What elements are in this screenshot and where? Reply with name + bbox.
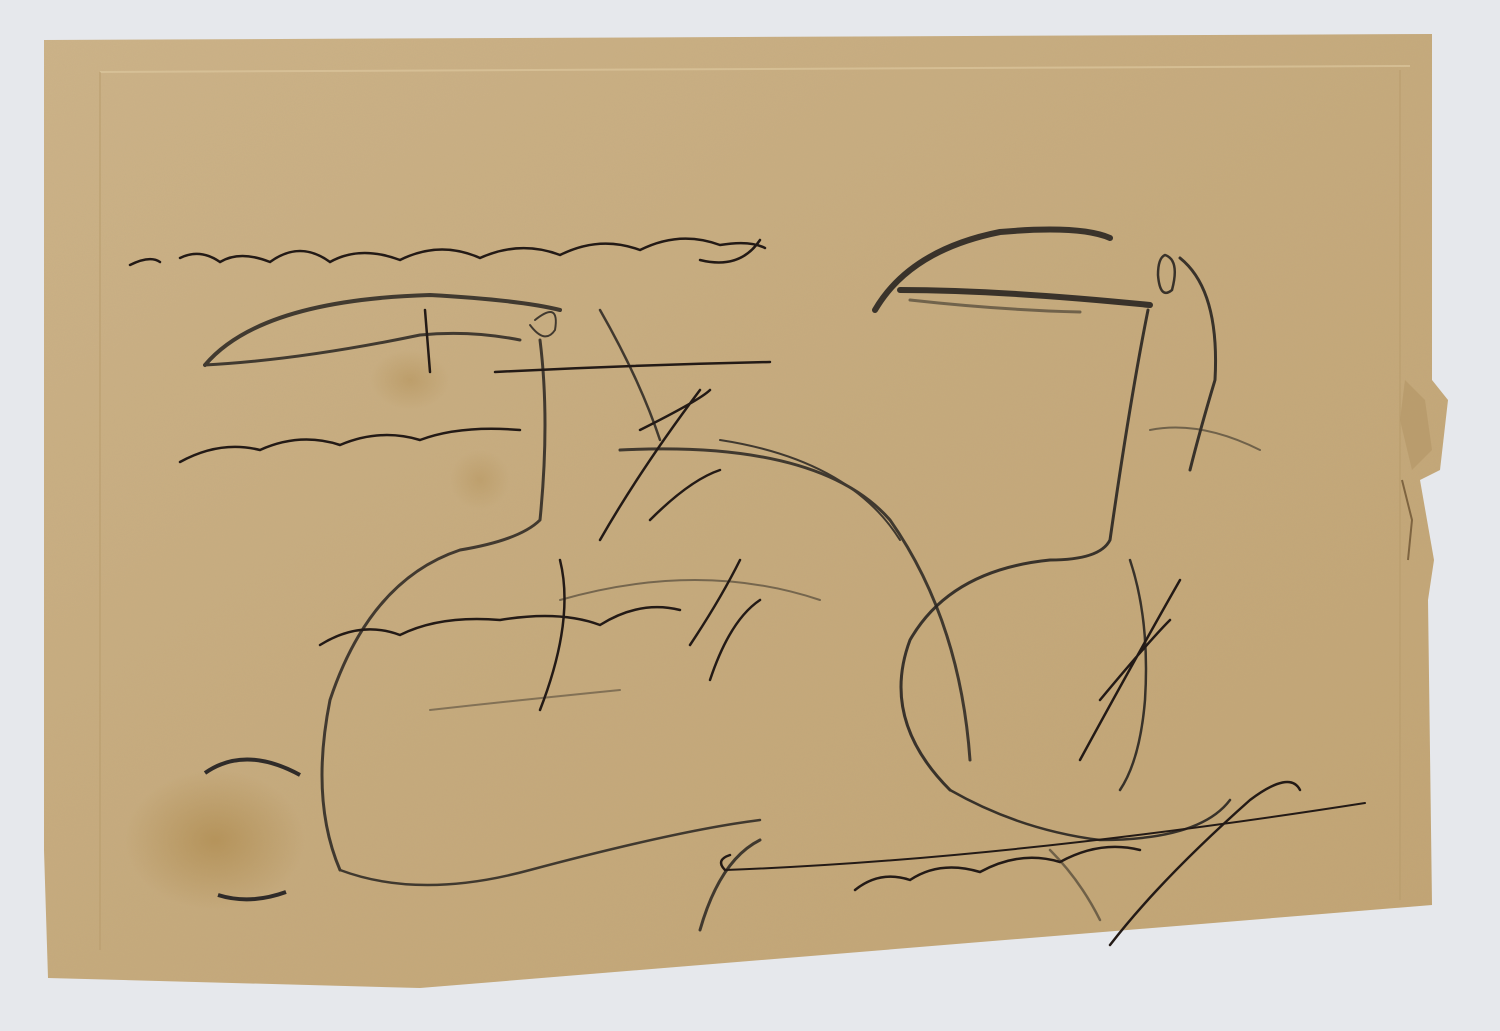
envelope-artwork <box>0 0 1500 1031</box>
